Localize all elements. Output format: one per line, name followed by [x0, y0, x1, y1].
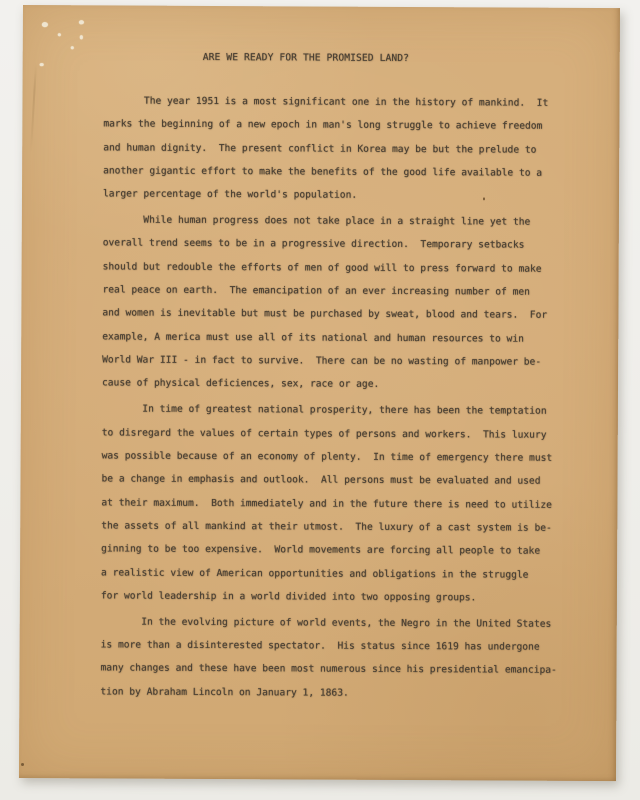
paper-speck [71, 46, 74, 49]
paper-speck [79, 20, 84, 24]
paragraph: In time of greatest national prosperity,… [101, 398, 572, 610]
paper-speck [42, 22, 48, 27]
ink-speck [21, 763, 24, 766]
paragraph: The year 1951 is a most significant one … [103, 89, 574, 208]
document-page: ARE WE READY FOR THE PROMISED LAND? The … [19, 5, 620, 781]
paper-crease [30, 63, 37, 153]
paragraphs: The year 1951 is a most significant one … [100, 89, 573, 705]
paper-speck [80, 35, 83, 39]
paper-speck [40, 63, 44, 66]
paper-speck [58, 33, 61, 36]
document-title: ARE WE READY FOR THE PROMISED LAND? [203, 52, 409, 64]
paragraph: In the evolving picture of world events,… [100, 610, 570, 706]
paragraph: While human progress does not take place… [102, 209, 573, 398]
